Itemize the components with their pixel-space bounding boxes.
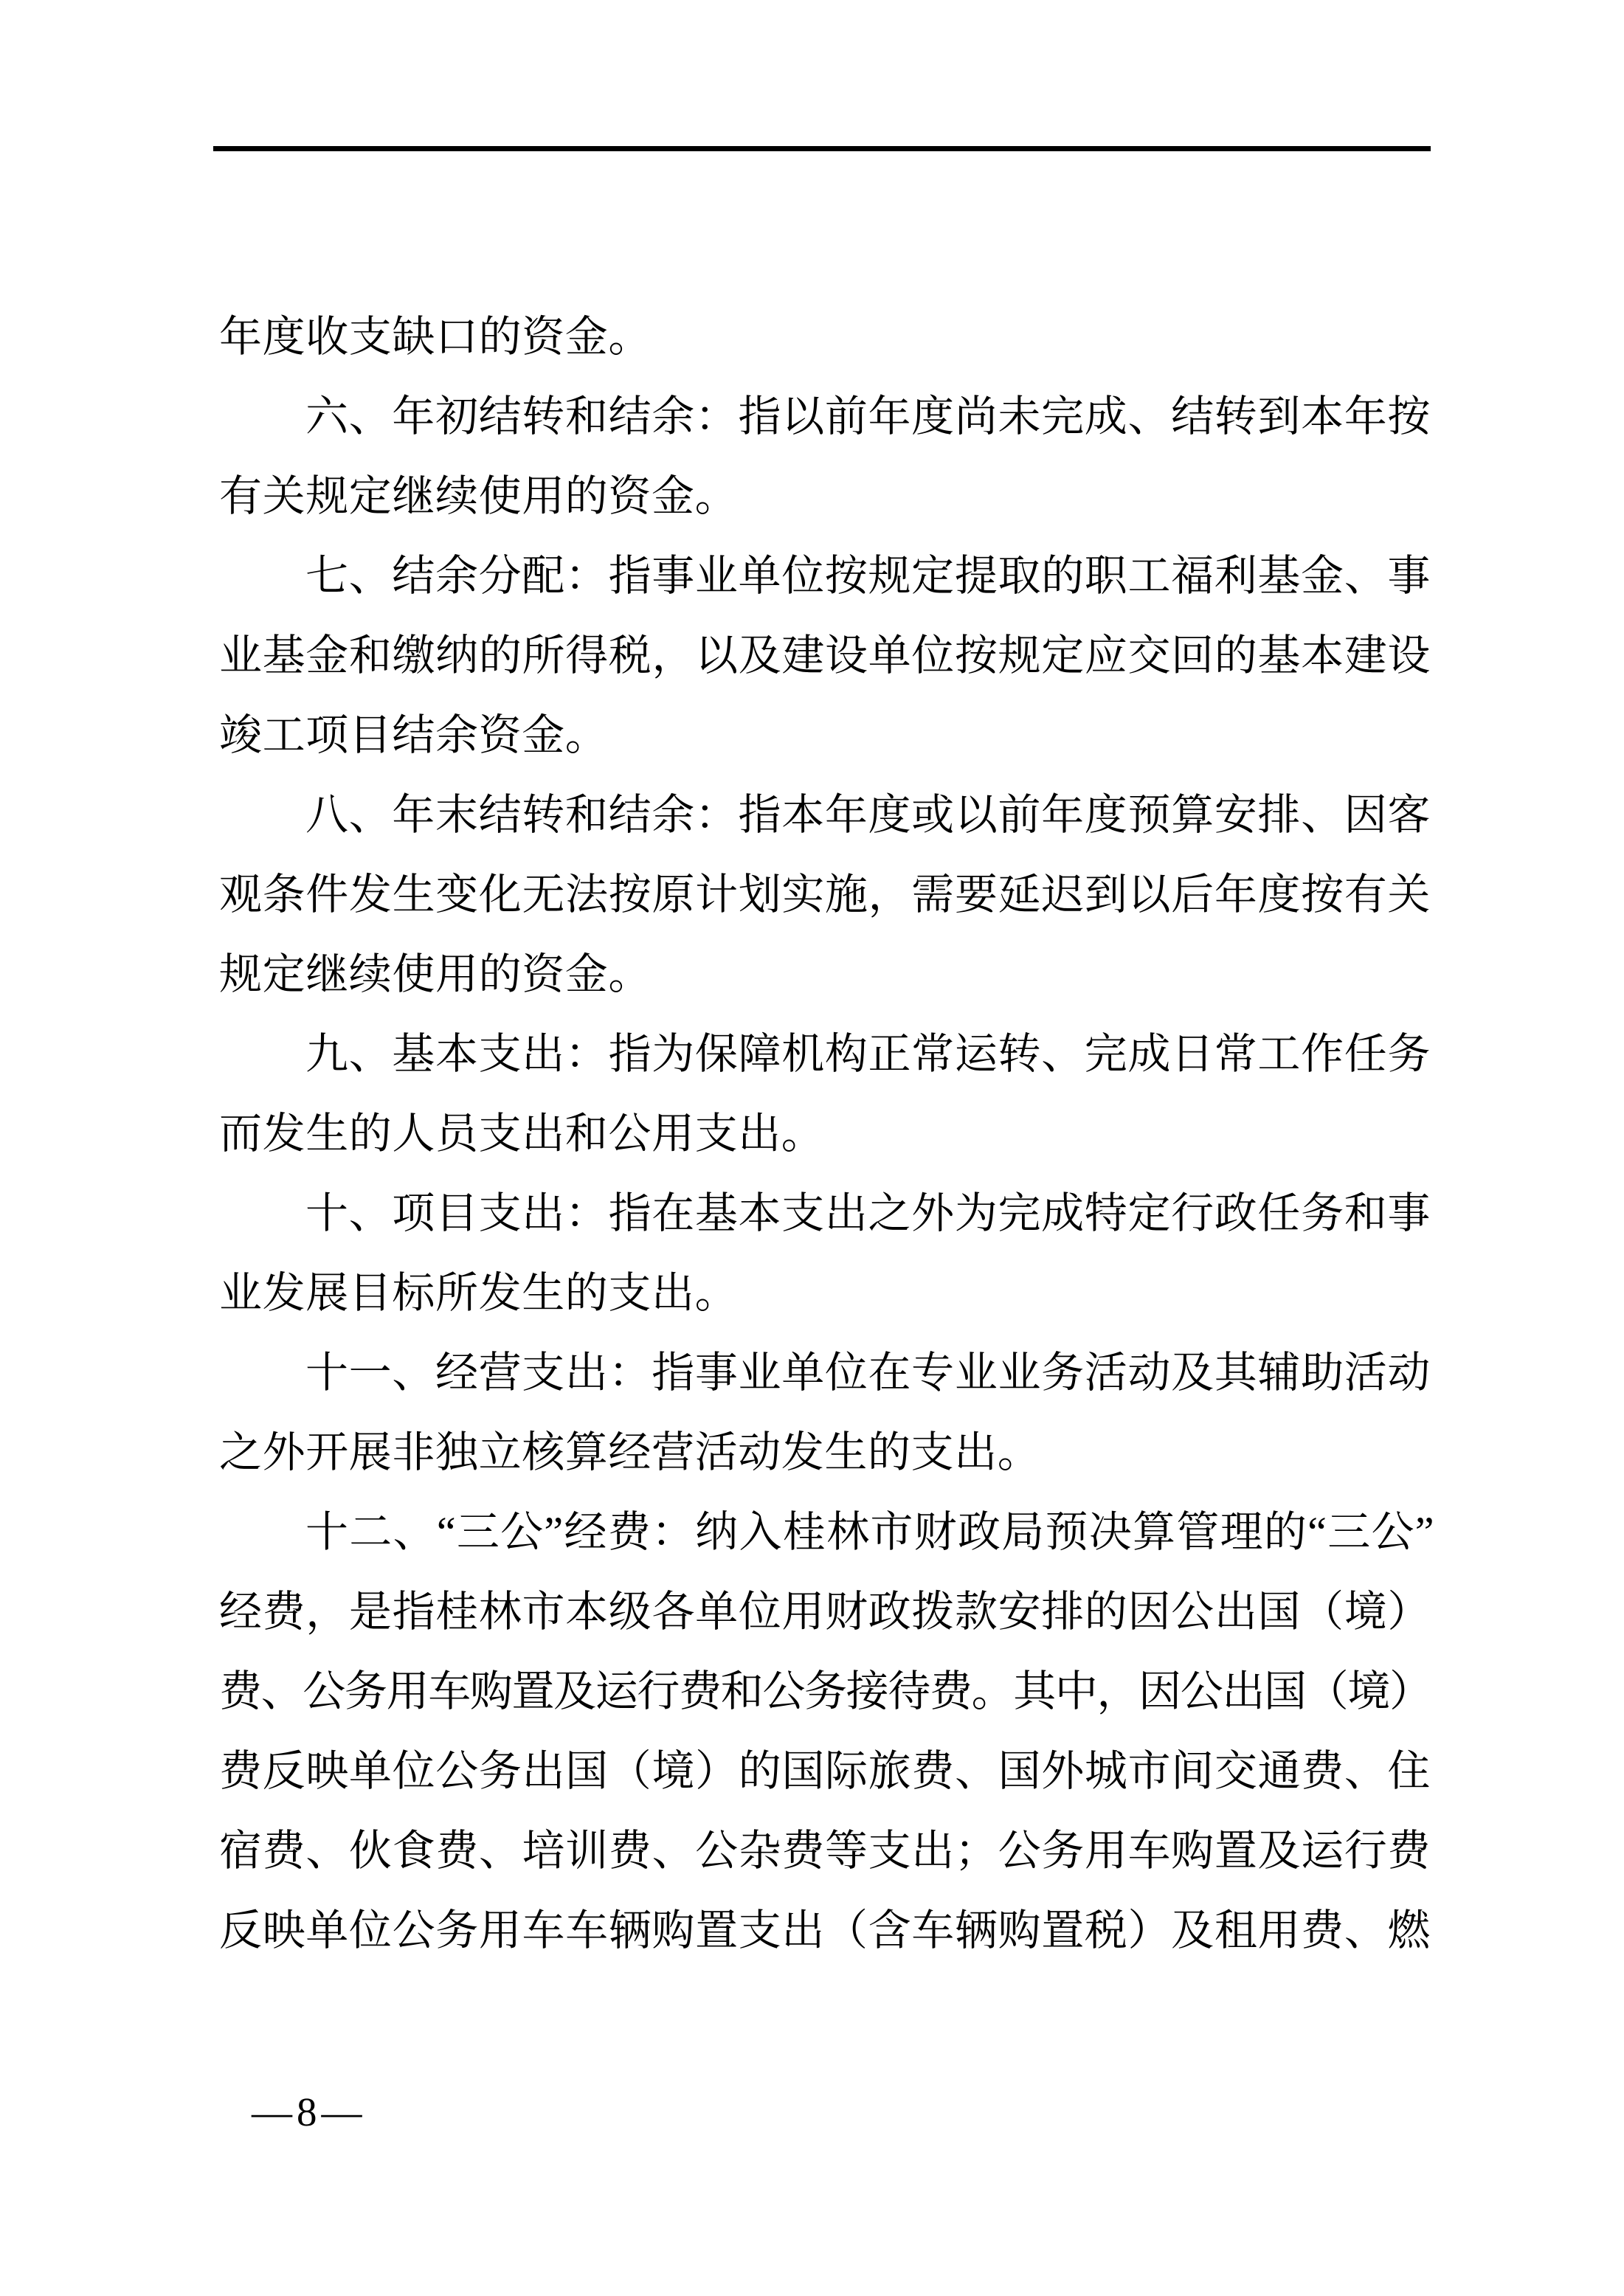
text-line: 业基金和缴纳的所得税，以及建设单位按规定应交回的基本建设 <box>219 616 1431 696</box>
text-line: 有关规定继续使用的资金。 <box>219 457 1431 536</box>
text-line: 九、基本支出：指为保障机构正常运转、完成日常工作任务 <box>219 1014 1431 1094</box>
text-line: 宿费、伙食费、培训费、公杂费等支出；公务用车购置及运行费 <box>219 1811 1431 1891</box>
text-line: 费、公务用车购置及运行费和公务接待费。其中，因公出国（境） <box>219 1652 1431 1732</box>
text-line: 规定继续使用的资金。 <box>219 935 1431 1014</box>
text-line: 之外开展非独立核算经营活动发生的支出。 <box>219 1413 1431 1493</box>
paragraph: 十、项目支出：指在基本支出之外为完成特定行政任务和事 业发展目标所发生的支出。 <box>219 1174 1431 1333</box>
text-line: 而发生的人员支出和公用支出。 <box>219 1094 1431 1174</box>
paragraph: 六、年初结转和结余：指以前年度尚未完成、结转到本年按 有关规定继续使用的资金。 <box>219 377 1431 536</box>
document-page: 年度收支缺口的资金。 六、年初结转和结余：指以前年度尚未完成、结转到本年按 有关… <box>0 0 1624 2296</box>
paragraph: 八、年末结转和结余：指本年度或以前年度预算安排、因客 观条件发生变化无法按原计划… <box>219 775 1431 1014</box>
text-line: 观条件发生变化无法按原计划实施，需要延迟到以后年度按有关 <box>219 855 1431 935</box>
text-line: 十一、经营支出：指事业单位在专业业务活动及其辅助活动 <box>219 1333 1431 1413</box>
paragraph: 年度收支缺口的资金。 <box>219 297 1431 377</box>
text-line: 业发展目标所发生的支出。 <box>219 1254 1431 1333</box>
text-line: 八、年末结转和结余：指本年度或以前年度预算安排、因客 <box>219 775 1431 855</box>
text-line: 十、项目支出：指在基本支出之外为完成特定行政任务和事 <box>219 1174 1431 1254</box>
paragraph: 七、结余分配：指事业单位按规定提取的职工福利基金、事 业基金和缴纳的所得税，以及… <box>219 536 1431 775</box>
paragraph: 十一、经营支出：指事业单位在专业业务活动及其辅助活动 之外开展非独立核算经营活动… <box>219 1333 1431 1493</box>
text-line: 七、结余分配：指事业单位按规定提取的职工福利基金、事 <box>219 536 1431 616</box>
header-rule <box>213 146 1431 151</box>
text-line: 费反映单位公务出国（境）的国际旅费、国外城市间交通费、住 <box>219 1732 1431 1811</box>
body-text: 年度收支缺口的资金。 六、年初结转和结余：指以前年度尚未完成、结转到本年按 有关… <box>219 297 1431 1971</box>
page-number: —8— <box>252 2090 367 2134</box>
text-line: 年度收支缺口的资金。 <box>219 297 1431 377</box>
paragraph: 九、基本支出：指为保障机构正常运转、完成日常工作任务 而发生的人员支出和公用支出… <box>219 1014 1431 1174</box>
paragraph: 十二、“三公”经费：纳入桂林市财政局预决算管理的“三公” 经费，是指桂林市本级各… <box>219 1493 1431 1971</box>
text-line: 经费，是指桂林市本级各单位用财政拨款安排的因公出国（境） <box>219 1572 1431 1652</box>
text-line: 十二、“三公”经费：纳入桂林市财政局预决算管理的“三公” <box>219 1493 1431 1572</box>
text-line: 六、年初结转和结余：指以前年度尚未完成、结转到本年按 <box>219 377 1431 457</box>
text-line: 反映单位公务用车车辆购置支出（含车辆购置税）及租用费、燃 <box>219 1891 1431 1971</box>
text-line: 竣工项目结余资金。 <box>219 696 1431 775</box>
